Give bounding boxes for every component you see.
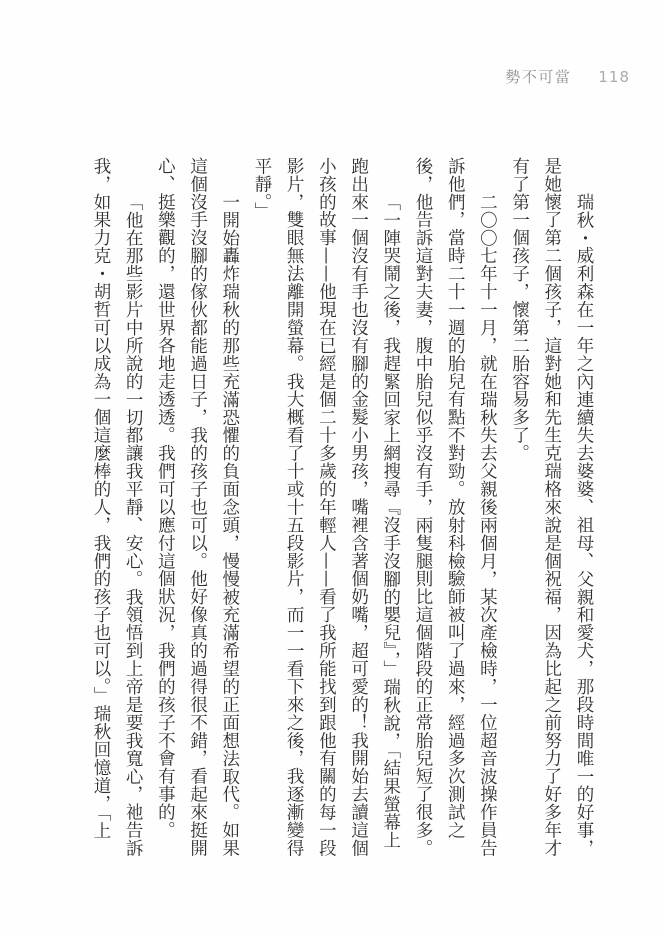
vertical-text-block: 瑞秋・威利森在一年之內連續失去婆婆、祖母、父親和愛犬，那段時間唯一的好事，是她懷… bbox=[83, 157, 600, 861]
running-header-title: 勢不可當 bbox=[505, 66, 571, 87]
book-page: 勢不可當 118 瑞秋・威利森在一年之內連續失去婆婆、祖母、父親和愛犬，那段時間… bbox=[0, 0, 663, 932]
page-number: 118 bbox=[598, 68, 630, 86]
paragraph-2: 二〇〇七年十一月，就在瑞秋失去父親後兩個月，某次產檢時，一位超音波操作員告訴他們… bbox=[407, 157, 504, 861]
paragraph-1: 瑞秋・威利森在一年之內連續失去婆婆、祖母、父親和愛犬，那段時間唯一的好事，是她懷… bbox=[503, 157, 600, 861]
paragraph-4: 一開始轟炸瑞秋的那些充滿恐懼的負面念頭，慢慢被充滿希望的正面想法取代。如果這個沒… bbox=[149, 157, 246, 861]
running-header: 勢不可當 118 bbox=[505, 66, 630, 87]
paragraph-3: 「一陣哭鬧之後，我趕緊回家上網搜尋『沒手沒腳的嬰兒』，」瑞秋說，「結果螢幕上跑出… bbox=[246, 157, 407, 861]
paragraph-5: 「他在那些影片中所說的一切都讓我平靜、安心。我領悟到上帝是要我寬心，祂告訴我，如… bbox=[85, 157, 149, 861]
